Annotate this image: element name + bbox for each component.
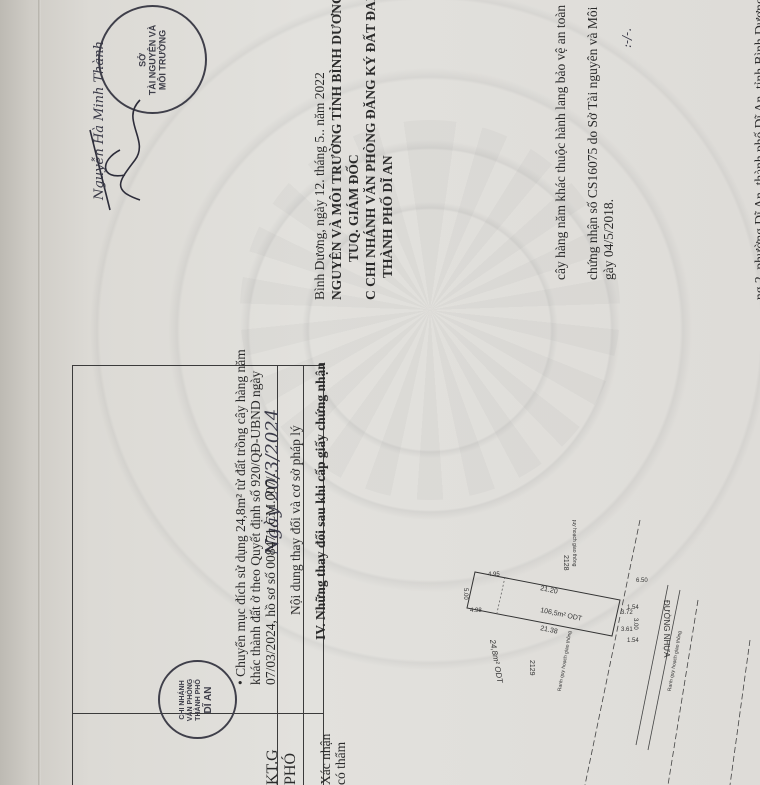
svg-text:3.00: 3.00	[632, 618, 638, 630]
city-line: THÀNH PHỐ DĨ AN	[380, 155, 396, 278]
svg-text:4.95: 4.95	[488, 572, 500, 578]
notes-line: cây hàng năm khác thuộc hành lang bảo vệ…	[553, 5, 569, 280]
paper-fold-edge	[38, 0, 41, 785]
land-info-line: ng 2, phường Dĩ An, thành phố Dĩ An, tỉn…	[752, 0, 760, 300]
svg-text:106,5m² ODT: 106,5m² ODT	[540, 607, 584, 623]
svg-text:Chỉ giới quy hoạch giao thông: Chỉ giới quy hoạch giao thông	[571, 520, 578, 567]
plot-diagram: 106,5m² ODT 21.20 21.38 2128 2129 ĐƯỜNG …	[430, 520, 760, 785]
svg-text:ĐƯỜNG NHỰA: ĐƯỜNG NHỰA	[662, 600, 671, 658]
notes-line: gày 04/5/2018.	[601, 199, 617, 280]
org-line: NGUYÊN VÀ MÔI TRƯỜNG TỈNH BÌNH DƯƠNG	[329, 0, 345, 300]
svg-text:2129: 2129	[528, 660, 535, 676]
svg-text:5.00: 5.00	[462, 588, 468, 600]
svg-text:Ranh quy hoạch giao thông: Ranh quy hoạch giao thông	[557, 630, 574, 691]
official-stamp-vpdkdd: CHI NHÁNH VĂN PHÒNG THÀNH PHỐ DĨ AN	[158, 660, 237, 739]
svg-text:6.50: 6.50	[636, 578, 648, 584]
svg-text:1.54: 1.54	[627, 638, 639, 644]
svg-text:21.38: 21.38	[540, 625, 559, 636]
svg-text:3.72: 3.72	[621, 610, 633, 616]
svg-text:24,8m² ODT: 24,8m² ODT	[488, 638, 505, 685]
branch-line: C CHI NHÁNH VĂN PHÒNG ĐĂNG KÝ ĐẤT ĐAI	[363, 0, 379, 300]
svg-text:21.20: 21.20	[540, 585, 559, 596]
title-line: TUQ. GIÁM ĐỐC	[346, 154, 362, 262]
date-line: Bình Dương, ngày 12. tháng 5.. năm 2022	[312, 72, 328, 300]
svg-text:4.98: 4.98	[470, 608, 482, 614]
svg-text:3.61: 3.61	[621, 627, 633, 633]
notes-line: chứng nhận số CS16075 do Sở Tài nguyên v…	[585, 7, 601, 280]
svg-text:2128: 2128	[562, 555, 569, 571]
